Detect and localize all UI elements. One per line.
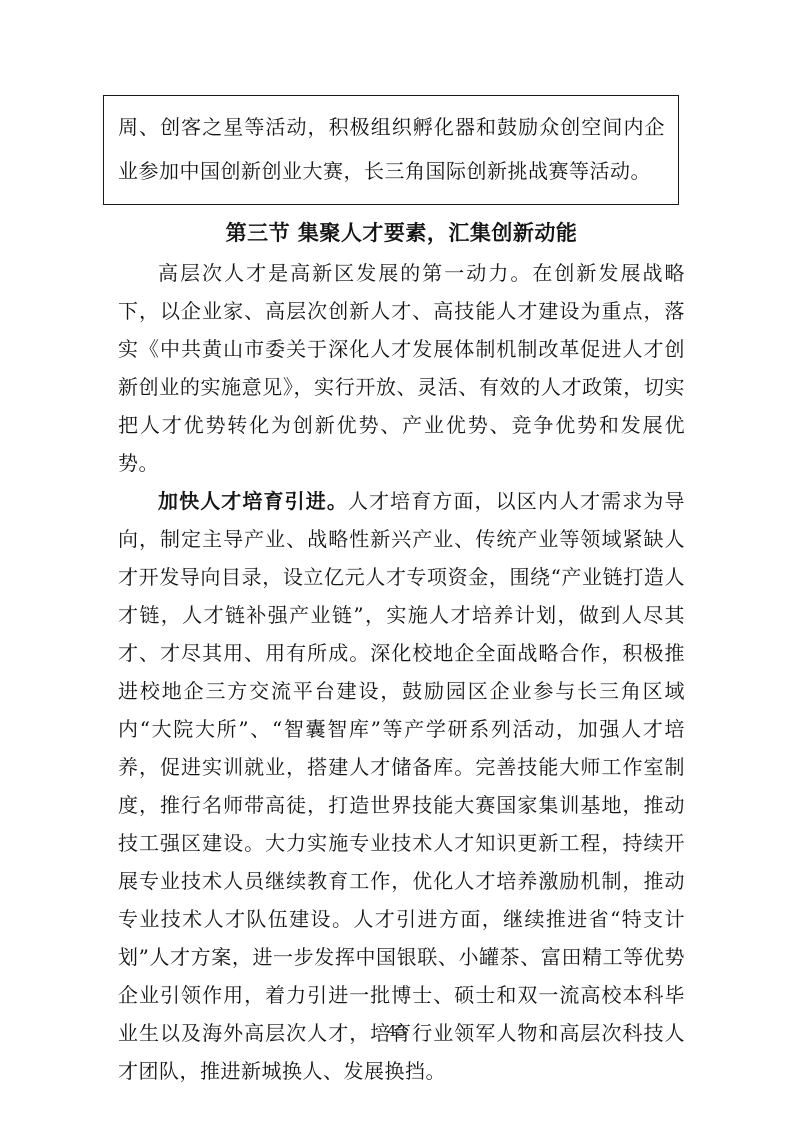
paragraph-body: 人才培育方面，以区内人才需求为导向，制定主导产业、战略性新兴产业、传统产业等领域… — [118, 489, 685, 1083]
page-number: 43 — [0, 1022, 793, 1040]
paragraph-lead: 加快人才培育引进。 — [158, 489, 348, 513]
paragraph: 高层次人才是高新区发展的第一动力。在创新发展战略下，以企业家、高层次创新人才、高… — [118, 254, 685, 482]
paragraph: 加快人才培育引进。人才培育方面，以区内人才需求为导向，制定主导产业、战略性新兴产… — [118, 482, 685, 1090]
boxed-paragraph: 周、创客之星等活动，积极组织孵化器和鼓励众创空间内企业参加中国创新创业大赛，长三… — [103, 95, 679, 205]
boxed-paragraph-text: 周、创客之星等活动，积极组织孵化器和鼓励众创空间内企业参加中国创新创业大赛，长三… — [118, 105, 665, 193]
document-page: 周、创客之星等活动，积极组织孵化器和鼓励众创空间内企业参加中国创新创业大赛，长三… — [0, 0, 793, 1122]
section-heading: 第三节 集聚人才要素，汇集创新动能 — [118, 216, 685, 250]
